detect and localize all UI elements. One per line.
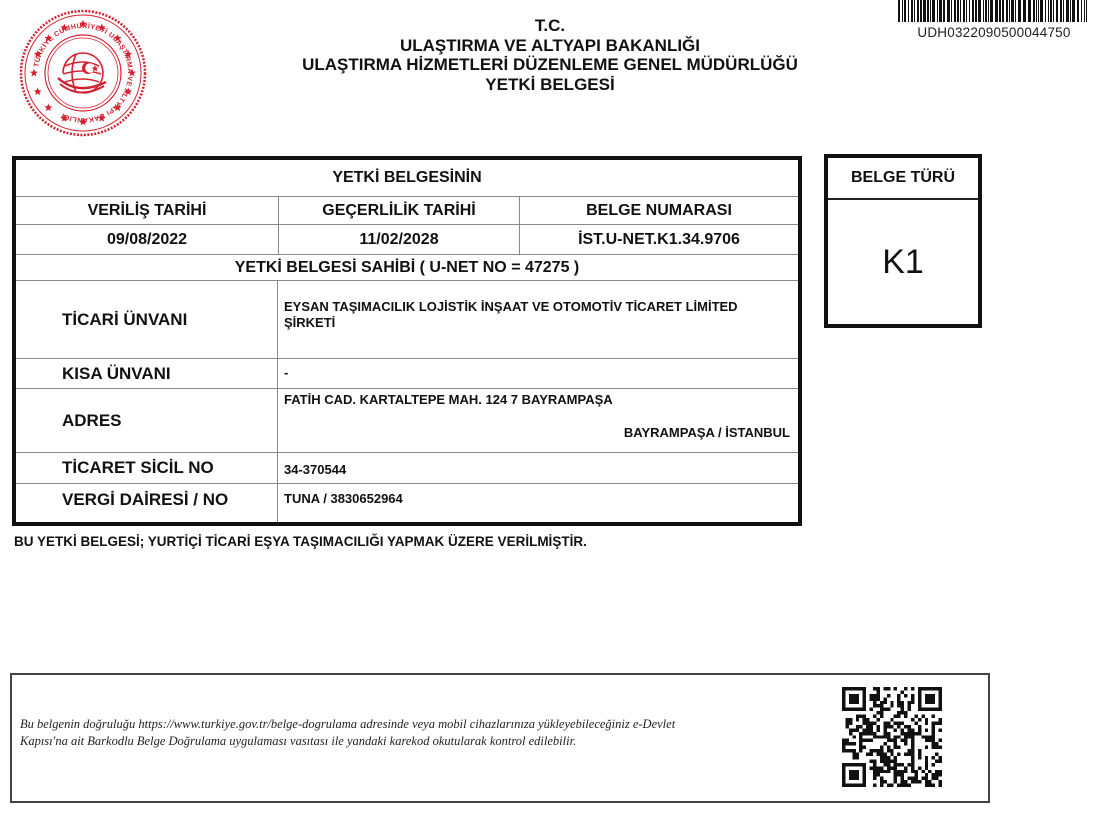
section-title-document: YETKİ BELGESİNİN (16, 160, 798, 196)
authorization-statement: BU YETKİ BELGESİ; YURTİÇİ TİCARİ EŞYA TA… (14, 534, 587, 549)
column-header-document-number: BELGE NUMARASI (520, 197, 798, 224)
barcode-number: UDH0322090500044750 (896, 25, 1092, 40)
qr-code-icon (842, 687, 942, 787)
column-header-validity-date: GEÇERLİLİK TARİHİ (279, 197, 519, 224)
issue-date-value: 09/08/2022 (16, 225, 278, 254)
verification-box: Bu belgenin doğruluğu https://www.turkiy… (10, 673, 990, 803)
document-type-value: K1 (828, 200, 978, 324)
verification-text-line1: Bu belgenin doğruluğu https://www.turkiy… (20, 716, 810, 733)
address-line2-value: BAYRAMPAŞA / İSTANBUL (278, 425, 790, 441)
trade-name-value: EYSAN TAŞIMACILIK LOJİSTİK İNŞAAT VE OTO… (278, 299, 748, 331)
document-type-label: BELGE TÜRÜ (828, 158, 978, 200)
label-short-name: KISA ÜNVANI (16, 359, 277, 388)
short-name-value: - (278, 365, 778, 381)
tax-office-no-value: TUNA / 3830652964 (278, 491, 778, 507)
section-title-holder: YETKİ BELGESİ SAHİBİ ( U-NET NO = 47275 … (16, 255, 798, 280)
header-line-tc: T.C. (230, 16, 870, 36)
header-directorate: ULAŞTIRMA HİZMETLERİ DÜZENLEME GENEL MÜD… (230, 55, 870, 75)
header-ministry: ULAŞTIRMA VE ALTYAPI BAKANLIĞI (230, 36, 870, 56)
label-trade-registry-no: TİCARET SİCİL NO (16, 453, 277, 483)
ministry-seal-icon: TÜRKİYE CUMHURİYETİ ULAŞTIRMA VE ALTYAPI… (8, 8, 158, 138)
document-number-value: İST.U-NET.K1.34.9706 (520, 225, 798, 254)
authorization-table: YETKİ BELGESİNİN VERİLİŞ TARİHİ GEÇERLİL… (12, 156, 802, 526)
label-tax-office-no: VERGİ DAİRESİ / NO (16, 484, 277, 516)
barcode: UDH0322090500044750 (896, 0, 1092, 42)
column-header-issue-date: VERİLİŞ TARİHİ (16, 197, 278, 224)
header-document-title: YETKİ BELGESİ (230, 75, 870, 95)
trade-registry-no-value: 34-370544 (278, 462, 778, 478)
barcode-icon (898, 0, 1092, 22)
address-line1-value: FATİH CAD. KARTALTEPE MAH. 124 7 BAYRAMP… (278, 392, 778, 408)
document-header: T.C. ULAŞTIRMA VE ALTYAPI BAKANLIĞI ULAŞ… (230, 16, 870, 94)
verification-text-line2: Kapısı'na ait Barkodlu Belge Doğrulama u… (20, 733, 810, 750)
label-trade-name: TİCARİ ÜNVANI (16, 281, 277, 358)
label-address: ADRES (16, 389, 277, 452)
verification-text: Bu belgenin doğruluğu https://www.turkiy… (20, 716, 810, 750)
validity-date-value: 11/02/2028 (279, 225, 519, 254)
document-type-box: BELGE TÜRÜ K1 (824, 154, 982, 328)
